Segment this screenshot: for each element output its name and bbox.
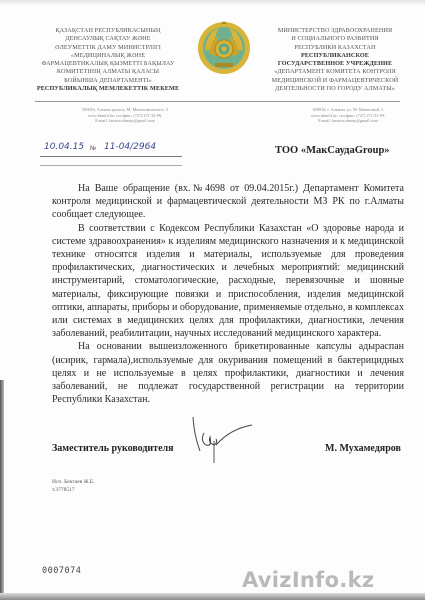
form-serial-number: 0007074 xyxy=(42,566,81,576)
letterhead-institution-type: ГОСУДАРСТВЕННОЕ УЧРЕЖДЕНИЕ xyxy=(250,60,420,68)
executor-name: Исп. Бектаев Ж.Е. xyxy=(52,478,95,486)
signatory-name: М. Мухамедяров xyxy=(325,443,401,454)
state-emblem-icon xyxy=(197,20,251,78)
letterhead-institution-type: РЕСПУБЛИКАНСКОЕ xyxy=(250,52,420,60)
executor-phone: т.3778517 xyxy=(52,486,95,494)
letterhead-line: КОМИТЕТІНІҢ АЛМАТЫ ҚАЛАСЫ xyxy=(28,68,188,76)
letterhead-russian: МИНИСТЕРСТВО ЗДРАВООХРАНЕНИЯ И СОЦИАЛЬНО… xyxy=(250,27,420,93)
reference-date: 10.04.15 xyxy=(44,142,84,152)
letter-body: На Ваше обращение (вх.№4698 от 09.04.201… xyxy=(52,182,404,406)
body-paragraph: В соответствии с Кодексом Республики Каз… xyxy=(52,222,404,341)
letter-page: ҚАЗАҚСТАН РЕСПУБЛИКАСЫНЫҢ ДЕНСАУЛЫҚ САҚТ… xyxy=(0,0,425,600)
letterhead-institution-type: РЕСПУБЛИКАЛЫҚ МЕМЛЕКЕТТІК МЕКЕМЕ xyxy=(28,85,188,93)
outgoing-reference: 10.04.15 № 11-04/2964 xyxy=(40,140,182,157)
addressee: ТОО «МакСаудаGroup» xyxy=(275,145,390,156)
page-edge-top xyxy=(0,0,425,6)
address-russian: 050016, г. Алматы, ул. М. Маметовой, 3 w… xyxy=(263,107,425,124)
letterhead-line: ДЕНСАУЛЫҚ САҚТАУ ЖӘНЕ xyxy=(28,35,188,43)
letterhead-line: ФАРМАЦЕВТИКАЛЫҚ ҚЫЗМЕТТІ БАҚЫЛАУ xyxy=(28,60,188,68)
reference-underline xyxy=(40,165,182,166)
letterhead-divider xyxy=(35,101,400,102)
letterhead-line: ҚАЗАҚСТАН РЕСПУБЛИКАСЫНЫҢ xyxy=(28,27,188,35)
address-kazakh: 050016, Алматы қаласы, М. Мәметова көшес… xyxy=(40,107,210,124)
letterhead-kazakh: ҚАЗАҚСТАН РЕСПУБЛИКАСЫНЫҢ ДЕНСАУЛЫҚ САҚТ… xyxy=(28,27,188,93)
letterhead-line: И СОЦИАЛЬНОГО РАЗВИТИЯ xyxy=(250,35,420,43)
handwritten-signature-icon xyxy=(190,415,260,465)
reference-number: 11-04/2964 xyxy=(104,142,156,152)
letterhead-line: ДЕЯТЕЛЬНОСТИ ПО ГОРОДУ АЛМАТЫ» xyxy=(250,85,420,93)
executor-info: Исп. Бектаев Ж.Е. т.3778517 xyxy=(52,478,95,494)
letterhead-line: БОЙЫНША ДЕПАРТАМЕНТІ» xyxy=(28,77,188,85)
address-line: E-mail: farmcn.almaty@gmail.com xyxy=(263,118,425,124)
letterhead-line: МЕДИЦИНСКОЙ И ФАРМАЦЕВТИЧЕСКОЙ xyxy=(250,77,420,85)
address-line: E-mail: farmcn.almaty@gmail.com xyxy=(40,118,210,124)
signatory-title: Заместитель руководителя xyxy=(52,443,174,454)
body-paragraph: На Ваше обращение (вх.№4698 от 09.04.201… xyxy=(52,182,404,222)
letterhead-line: «МЕДИЦИНАЛЫҚ ЖӘНЕ xyxy=(28,52,188,60)
reference-number-label: № xyxy=(90,145,96,152)
letterhead-line: «ДЕПАРТАМЕНТ КОМИТЕТА КОНТРОЛЯ xyxy=(250,68,420,76)
letterhead-line: МИНИСТЕРСТВО ЗДРАВООХРАНЕНИЯ xyxy=(250,27,420,35)
letterhead-line: РЕСПУБЛИКИ КАЗАХСТАН xyxy=(250,44,420,52)
site-watermark: AvizInfo.kz xyxy=(242,568,374,592)
page-edge-bottom xyxy=(0,593,425,600)
body-paragraph: На основании вышеизложенного брикетирова… xyxy=(52,340,404,406)
page-edge-left xyxy=(0,380,4,600)
letterhead-line: ӘЛЕУМЕТТІК ДАМУ МИНИСТРЛІГІ xyxy=(28,44,188,52)
